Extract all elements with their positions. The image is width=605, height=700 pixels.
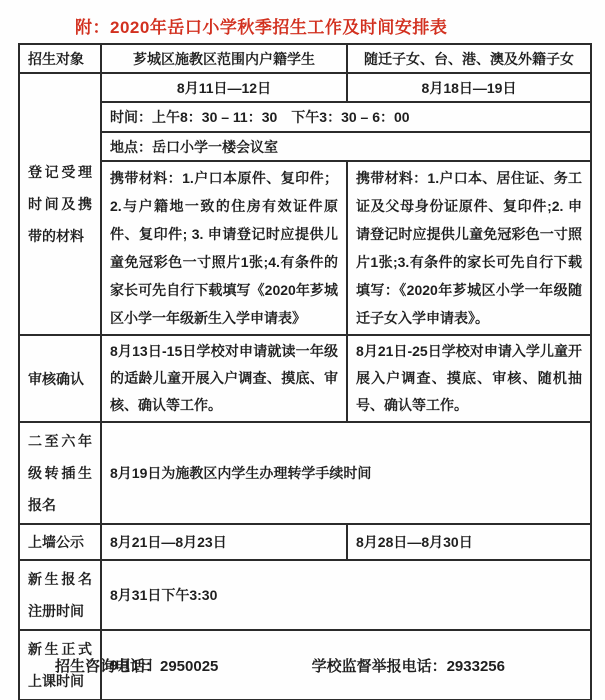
registration-label: 登记受理时间及携带的材料 <box>19 73 101 335</box>
transfer-content: 8月19日为施教区内学生办理转学手续时间 <box>101 422 591 524</box>
footer-consult-phone: 招生咨询电话：2950025 <box>55 655 218 676</box>
publicity-label: 上墙公示 <box>19 524 101 560</box>
document-page: 附：2020年岳口小学秋季招生工作及时间安排表 招生对象 芗城区施教区范围内户籍… <box>0 0 605 700</box>
row-transfer: 二至六年级转插生报名 8月19日为施教区内学生办理转学手续时间 <box>19 422 591 524</box>
registration-time-text: 时间：上午8：30 – 11：30 下午3：30 – 6：00 <box>101 102 591 132</box>
publicity-col1: 8月21日—8月23日 <box>101 524 347 560</box>
materials-col1: 携带材料：1.户口本原件、复印件；2.与户籍地一致的住房有效证件原件、复印件; … <box>101 161 347 335</box>
registration-location-text: 地点：岳口小学一楼会议室 <box>101 132 591 161</box>
review-col1: 8月13日-15日学校对申请就读一年级的适龄儿童开展入户调查、摸底、审核、确认等… <box>101 335 347 422</box>
register-time-label: 新生报名注册时间 <box>19 560 101 630</box>
review-label: 审核确认 <box>19 335 101 422</box>
page-title: 附：2020年岳口小学秋季招生工作及时间安排表 <box>75 13 447 38</box>
review-col2: 8月21日-25日学校对申请入学儿童开展入户调查、摸底、审核、随机抽号、确认等工… <box>347 335 591 422</box>
registration-dates-col2: 8月18日—19日 <box>347 73 591 102</box>
registration-dates-col1: 8月11日—12日 <box>101 73 347 102</box>
row-review: 审核确认 8月13日-15日学校对申请就读一年级的适龄儿童开展入户调查、摸底、审… <box>19 335 591 422</box>
footer-report-phone: 学校监督举报电话：2933256 <box>312 655 505 676</box>
row-registration-materials: 携带材料：1.户口本原件、复印件；2.与户籍地一致的住房有效证件原件、复印件; … <box>19 161 591 335</box>
row-registration-time: 时间：上午8：30 – 11：30 下午3：30 – 6：00 <box>19 102 591 132</box>
audience-col1: 芗城区施教区范围内户籍学生 <box>101 44 347 73</box>
row-registration-dates: 登记受理时间及携带的材料 8月11日—12日 8月18日—19日 <box>19 73 591 102</box>
row-registration-location: 地点：岳口小学一楼会议室 <box>19 132 591 161</box>
materials-col2: 携带材料：1.户口本、居住证、务工证及父母身份证原件、复印件;2. 申请登记时应… <box>347 161 591 335</box>
enrollment-schedule-table: 招生对象 芗城区施教区范围内户籍学生 随迁子女、台、港、澳及外籍子女 登记受理时… <box>18 43 592 700</box>
publicity-col2: 8月28日—8月30日 <box>347 524 591 560</box>
row-register-time: 新生报名注册时间 8月31日下午3:30 <box>19 560 591 630</box>
row-publicity: 上墙公示 8月21日—8月23日 8月28日—8月30日 <box>19 524 591 560</box>
row-audience: 招生对象 芗城区施教区范围内户籍学生 随迁子女、台、港、澳及外籍子女 <box>19 44 591 73</box>
audience-col2: 随迁子女、台、港、澳及外籍子女 <box>347 44 591 73</box>
register-time-content: 8月31日下午3:30 <box>101 560 591 630</box>
transfer-label: 二至六年级转插生报名 <box>19 422 101 524</box>
footer: 招生咨询电话：2950025 学校监督举报电话：2933256 <box>0 655 605 676</box>
audience-label: 招生对象 <box>19 44 101 73</box>
